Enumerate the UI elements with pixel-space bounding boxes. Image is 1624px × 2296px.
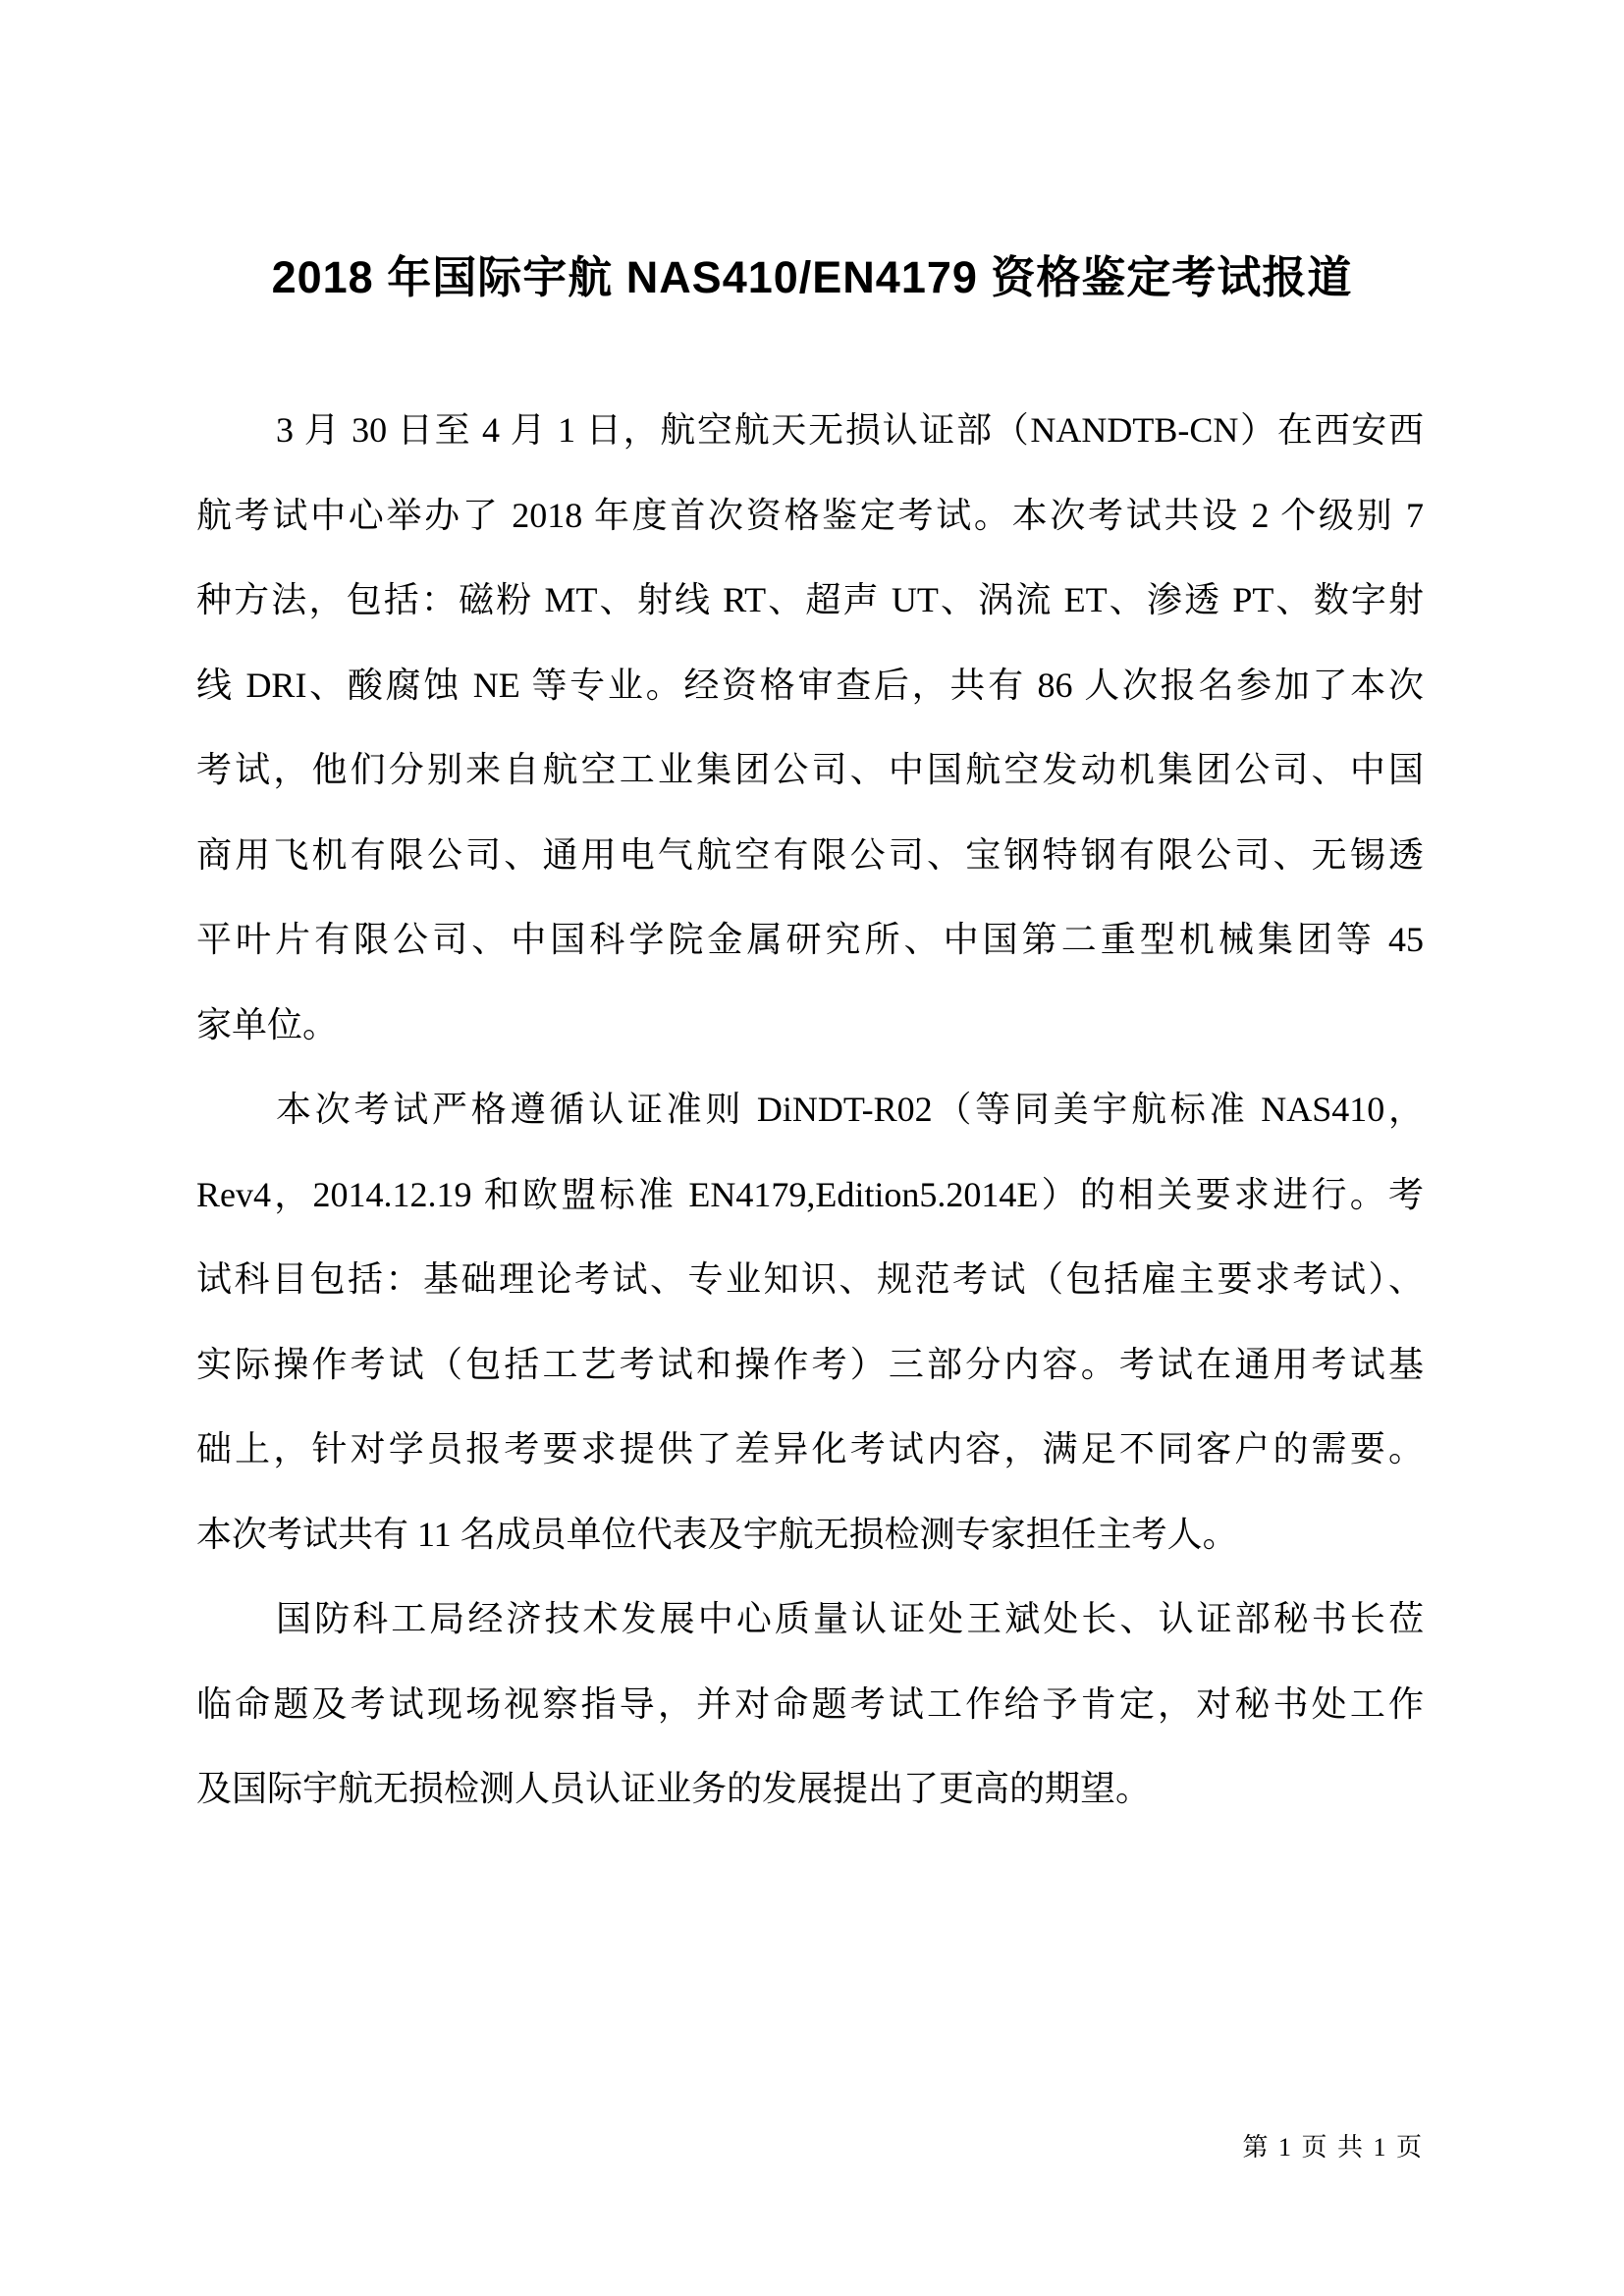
paragraph-line: 试科目包括：基础理论考试、专业知识、规范考试（包括雇主要求考试）、 — [196, 1237, 1424, 1322]
document-title: 2018 年国际宇航 NAS410/EN4179 资格鉴定考试报道 — [0, 247, 1624, 308]
paragraph-line: 本次考试严格遵循认证准则 DiNDT-R02（等同美宇航标准 NAS410， — [196, 1067, 1424, 1152]
paragraph-line: 实际操作考试（包括工艺考试和操作考）三部分内容。考试在通用考试基 — [196, 1322, 1424, 1408]
paragraph-line: 3 月 30 日至 4 月 1 日，航空航天无损认证部（NANDTB-CN）在西… — [196, 388, 1424, 473]
document-body: 3 月 30 日至 4 月 1 日，航空航天无损认证部（NANDTB-CN）在西… — [196, 388, 1424, 1832]
paragraph-line: 航考试中心举办了 2018 年度首次资格鉴定考试。本次考试共设 2 个级别 7 — [196, 473, 1424, 559]
paragraph-line: 家单位。 — [196, 983, 1424, 1068]
paragraph-line: 种方法，包括：磁粉 MT、射线 RT、超声 UT、涡流 ET、渗透 PT、数字射 — [196, 558, 1424, 643]
paragraph-line: 国防科工局经济技术发展中心质量认证处王斌处长、认证部秘书长莅 — [196, 1576, 1424, 1662]
paragraph-line: 平叶片有限公司、中国科学院金属研究所、中国第二重型机械集团等 45 — [196, 897, 1424, 983]
document-page: 2018 年国际宇航 NAS410/EN4179 资格鉴定考试报道 3 月 30… — [0, 0, 1624, 2296]
paragraph-line: 础上，针对学员报考要求提供了差异化考试内容，满足不同客户的需要。 — [196, 1407, 1424, 1492]
page-number-footer: 第 1 页 共 1 页 — [1242, 2128, 1424, 2167]
paragraph-line: 临命题及考试现场视察指导，并对命题考试工作给予肯定，对秘书处工作 — [196, 1662, 1424, 1747]
paragraph-line: 线 DRI、酸腐蚀 NE 等专业。经资格审查后，共有 86 人次报名参加了本次 — [196, 643, 1424, 728]
paragraph-line: 考试，他们分别来自航空工业集团公司、中国航空发动机集团公司、中国 — [196, 727, 1424, 813]
paragraph-line: 及国际宇航无损检测人员认证业务的发展提出了更高的期望。 — [196, 1746, 1424, 1832]
paragraph-line: 商用飞机有限公司、通用电气航空有限公司、宝钢特钢有限公司、无锡透 — [196, 813, 1424, 898]
paragraph-line: 本次考试共有 11 名成员单位代表及宇航无损检测专家担任主考人。 — [196, 1492, 1424, 1577]
paragraph-line: Rev4，2014.12.19 和欧盟标准 EN4179,Edition5.20… — [196, 1152, 1424, 1238]
